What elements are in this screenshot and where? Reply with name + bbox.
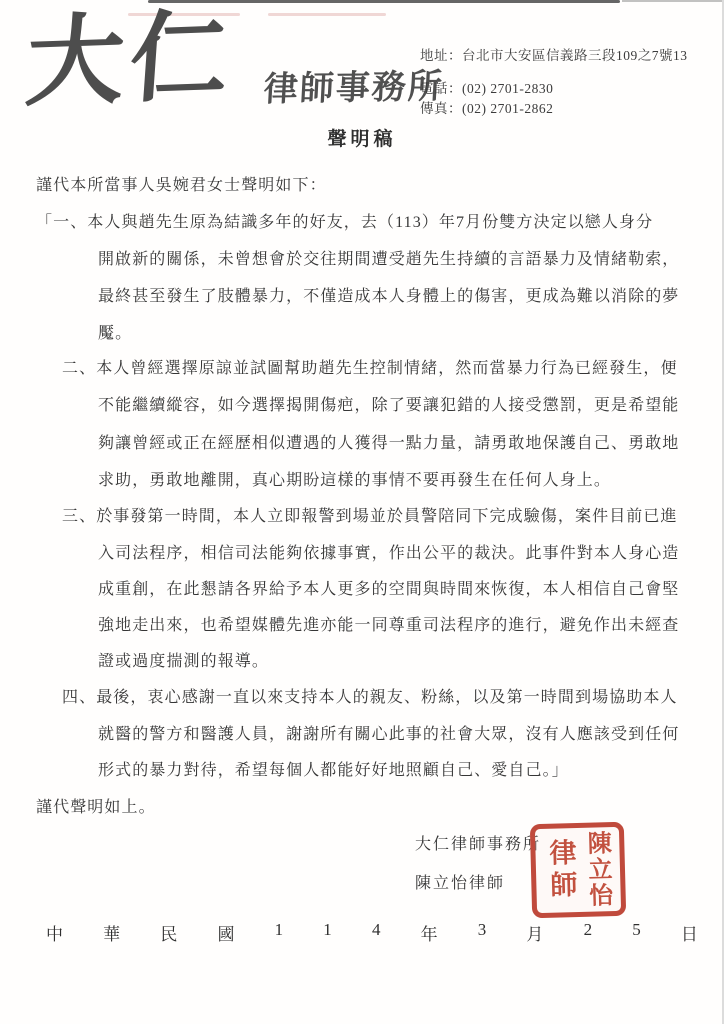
statement-line: 三、於事發第一時間，本人立即報警到場並於員警陪同下完成驗傷，案件目前已進 <box>62 503 678 526</box>
statement-line: 四、最後，衷心感謝一直以來支持本人的親友、粉絲，以及第一時間到場協助本人 <box>62 684 678 707</box>
date-char: 5 <box>632 920 641 945</box>
statement-line: 強地走出來，也希望媒體先進亦能一同尊重司法程序的進行，避免作出未經查 <box>98 612 679 635</box>
date-char: 1 <box>323 920 332 945</box>
firm-contact-block: 地址：台北市大安區信義路三段109之7號13 電話：(02) 2701-2830… <box>420 44 688 119</box>
scan-edge-artifact <box>148 0 620 3</box>
date-char: 3 <box>478 920 487 945</box>
signature-firm-name: 大仁律師事務所 <box>415 831 541 854</box>
statement-line: 形式的暴力對待，希望每個人都能好好地照顧自己、愛自己。」 <box>98 757 569 780</box>
date-char: 華 <box>103 920 120 945</box>
statement-line: 二、本人曾經選擇原諒並試圖幫助趙先生控制情緒，然而當暴力行為已經發生，便 <box>62 355 678 378</box>
date-char: 國 <box>217 920 234 945</box>
date-char: 日 <box>681 920 698 945</box>
statement-line: 夠讓曾經或正在經歷相似遭遇的人獲得一點力量，請勇敢地保護自己、勇敢地 <box>98 430 679 453</box>
statement-line: 開啟新的關係，未曾想會於交往期間遭受趙先生持續的言語暴力及情緒勒索， <box>98 246 679 269</box>
firm-address: 地址：台北市大安區信義路三段109之7號13 <box>420 44 688 64</box>
scanned-statement-page: 大仁 律師事務所 地址：台北市大安區信義路三段109之7號13 電話：(02) … <box>0 0 724 1024</box>
scan-smudge-artifact <box>268 13 386 16</box>
firm-logo-suffix: 律師事務所 <box>263 58 446 110</box>
date-char: 4 <box>372 920 381 945</box>
statement-intro: 謹代本所當事人吳婉君女士聲明如下： <box>36 172 327 195</box>
statement-line: 入司法程序，相信司法能夠依據事實，作出公平的裁決。此事件對本人身心造 <box>98 540 679 563</box>
statement-closing: 謹代聲明如上。 <box>36 794 156 817</box>
statement-line: 求助，勇敢地離開，真心期盼這樣的事情不要再發生在任何人身上。 <box>98 467 611 490</box>
firm-fax: 傳真：(02) 2701-2862 <box>420 99 688 119</box>
firm-logo-calligraphy: 大仁 <box>23 8 238 114</box>
statement-line: 成重創，在此懇請各界給予本人更多的空間與時間來恢復，本人相信自己會堅 <box>98 576 679 599</box>
document-title: 聲明稿 <box>0 124 724 151</box>
statement-line: 魘。 <box>98 320 132 343</box>
signature-lawyer-name: 陳立怡律師 <box>415 870 505 893</box>
date-char: 中 <box>46 920 63 945</box>
date-char: 年 <box>421 920 438 945</box>
scan-edge-artifact <box>622 0 724 2</box>
date-char: 1 <box>275 920 284 945</box>
statement-line: 不能繼續縱容，如今選擇揭開傷疤，除了要讓犯錯的人接受懲罰，更是希望能 <box>98 392 679 415</box>
date-char: 民 <box>160 920 177 945</box>
lawyer-red-seal: 陳立怡 律師 <box>530 822 626 918</box>
roc-date-line: 中 華 民 國 1 1 4 年 3 月 2 5 日 <box>46 920 698 945</box>
seal-text-right: 陳立怡 <box>584 830 610 909</box>
statement-line: 「一、本人與趙先生原為結識多年的好友，去（113）年7月份雙方決定以戀人身分 <box>36 209 653 232</box>
statement-line: 最終甚至發生了肢體暴力，不僅造成本人身體上的傷害，更成為難以消除的夢 <box>98 283 679 306</box>
statement-line: 證或過度揣測的報導。 <box>98 648 269 671</box>
date-char: 月 <box>526 920 543 945</box>
date-char: 2 <box>584 920 593 945</box>
statement-line: 就醫的警方和醫護人員，謝謝所有關心此事的社會大眾，沒有人應該受到任何 <box>98 721 679 744</box>
seal-text-left: 律師 <box>546 838 575 903</box>
firm-phone: 電話：(02) 2701-2830 <box>420 79 688 99</box>
